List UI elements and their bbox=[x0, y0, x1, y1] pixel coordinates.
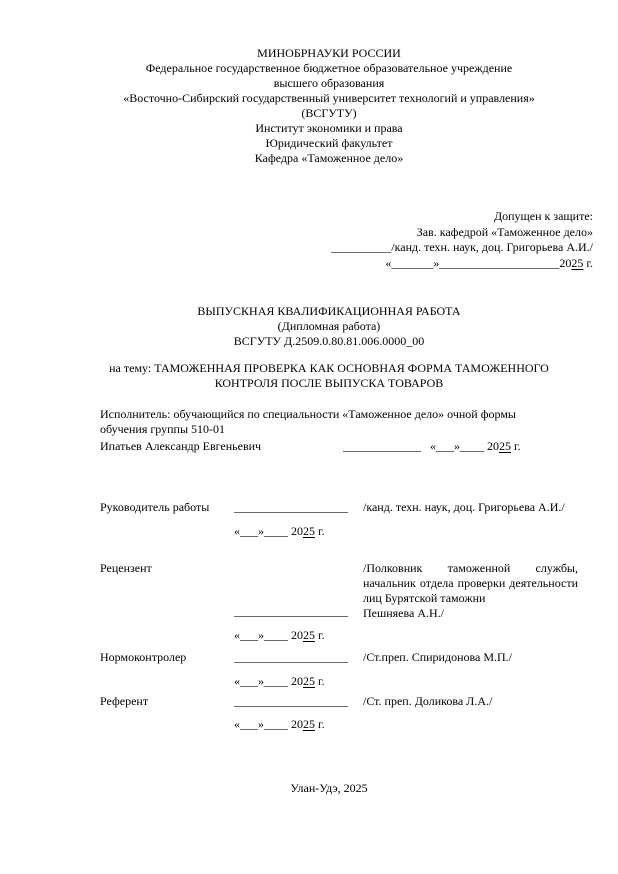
topic-line-2: КОНТРОЛЯ ПОСЛЕ ВЫПУСКА ТОВАРОВ bbox=[98, 376, 560, 391]
reviewer-name-line-2: начальник отдела проверки деятельности bbox=[363, 576, 578, 591]
approval-date-suffix: г. bbox=[583, 256, 593, 270]
referent-date-year: 25 bbox=[303, 717, 315, 731]
university-abbr-line: (ВСГУТУ) bbox=[98, 106, 560, 121]
university-header: МИНОБРНАУКИ РОССИИ Федеральное государст… bbox=[98, 46, 560, 166]
reviewer-name-line-1: /Полковник таможенной службы, bbox=[363, 561, 578, 576]
executor-date-suffix: г. bbox=[511, 439, 521, 453]
supervisor-date-suffix: г. bbox=[315, 524, 325, 538]
executor-line-2: обучения группы 510-01 bbox=[100, 422, 570, 437]
supervisor-date-year: 25 bbox=[303, 524, 315, 538]
executor-signature-blank: _____________ bbox=[343, 439, 421, 454]
university-name-line: «Восточно-Сибирский государственный унив… bbox=[98, 91, 560, 106]
approval-date-line: «_______»____________________2025 г. bbox=[233, 256, 593, 272]
reviewer-name-block: /Полковник таможенной службы, начальник … bbox=[363, 561, 578, 621]
norm-controller-date-suffix: г. bbox=[315, 674, 325, 688]
referent-date-line: «___»____ 2025 г. bbox=[234, 717, 325, 732]
norm-controller-role: Нормоконтролер bbox=[100, 650, 186, 665]
referent-date-suffix: г. bbox=[315, 717, 325, 731]
reviewer-date-prefix: «___»____ 20 bbox=[234, 628, 303, 642]
reviewer-date-line: «___»____ 2025 г. bbox=[234, 628, 325, 643]
supervisor-date-line: «___»____ 2025 г. bbox=[234, 524, 325, 539]
institution-line: Федеральное государственное бюджетное об… bbox=[98, 61, 560, 76]
referent-signature-blank: ___________________ bbox=[234, 694, 348, 709]
institute-line: Институт экономики и права bbox=[98, 121, 560, 136]
approval-signature-line: __________/канд. техн. наук, доц. Григор… bbox=[233, 240, 593, 256]
referent-date-prefix: «___»____ 20 bbox=[234, 717, 303, 731]
norm-controller-date-line: «___»____ 2025 г. bbox=[234, 674, 325, 689]
executor-block: Исполнитель: обучающийся по специальност… bbox=[100, 407, 570, 437]
topic-line-1: на тему: ТАМОЖЕННАЯ ПРОВЕРКА КАК ОСНОВНА… bbox=[98, 361, 560, 376]
work-subtype: (Дипломная работа) bbox=[98, 319, 560, 334]
supervisor-name: /канд. техн. наук, доц. Григорьева А.И./ bbox=[363, 500, 565, 515]
reviewer-name-line-3: лиц Бурятской таможни bbox=[363, 591, 578, 606]
norm-controller-date-prefix: «___»____ 20 bbox=[234, 674, 303, 688]
city-year: Улан-Удэ, 2025 bbox=[98, 781, 560, 796]
work-code: ВСГУТУ Д.2509.0.80.81.006.0000_00 bbox=[98, 334, 560, 349]
ministry-line: МИНОБРНАУКИ РОССИИ bbox=[98, 46, 560, 61]
thesis-title-page: МИНОБРНАУКИ РОССИИ Федеральное государст… bbox=[0, 0, 618, 874]
approval-block: Допущен к защите: Зав. кафедрой «Таможен… bbox=[233, 209, 593, 271]
topic-block: на тему: ТАМОЖЕННАЯ ПРОВЕРКА КАК ОСНОВНА… bbox=[98, 361, 560, 391]
supervisor-role: Руководитель работы bbox=[100, 500, 215, 515]
referent-name: /Ст. преп. Доликова Л.А./ bbox=[363, 694, 492, 709]
referent-role: Референт bbox=[100, 694, 148, 709]
norm-controller-name: /Ст.преп. Спиридонова М.П./ bbox=[363, 650, 512, 665]
reviewer-signature-blank: ___________________ bbox=[234, 604, 348, 619]
reviewer-role: Рецензент bbox=[100, 561, 152, 576]
executor-date-prefix: «___»____ 20 bbox=[430, 439, 499, 453]
reviewer-date-suffix: г. bbox=[315, 628, 325, 642]
work-type-title: ВЫПУСКНАЯ КВАЛИФИКАЦИОННАЯ РАБОТА bbox=[98, 304, 560, 319]
approval-date-year: 25 bbox=[571, 256, 583, 270]
executor-name: Ипатьев Александр Евгеньевич bbox=[100, 439, 261, 454]
executor-line-1: Исполнитель: обучающийся по специальност… bbox=[100, 407, 570, 422]
work-title-block: ВЫПУСКНАЯ КВАЛИФИКАЦИОННАЯ РАБОТА (Дипло… bbox=[98, 304, 560, 349]
approval-title: Допущен к защите: bbox=[233, 209, 593, 225]
supervisor-signature-blank: ___________________ bbox=[234, 500, 348, 515]
faculty-line: Юридический факультет bbox=[98, 136, 560, 151]
executor-date-line: «___»____ 2025 г. bbox=[430, 439, 521, 454]
reviewer-date-year: 25 bbox=[303, 628, 315, 642]
approval-date-prefix: «_______»____________________20 bbox=[385, 256, 571, 270]
approval-head-of-department: Зав. кафедрой «Таможенное дело» bbox=[233, 225, 593, 241]
footer-block: Улан-Удэ, 2025 bbox=[98, 781, 560, 796]
department-line: Кафедра «Таможенное дело» bbox=[98, 151, 560, 166]
norm-controller-signature-blank: ___________________ bbox=[234, 650, 348, 665]
education-level-line: высшего образования bbox=[98, 76, 560, 91]
reviewer-name-line-4: Пешняева А.Н./ bbox=[363, 606, 578, 621]
executor-date-year: 25 bbox=[499, 439, 511, 453]
supervisor-date-prefix: «___»____ 20 bbox=[234, 524, 303, 538]
norm-controller-date-year: 25 bbox=[303, 674, 315, 688]
